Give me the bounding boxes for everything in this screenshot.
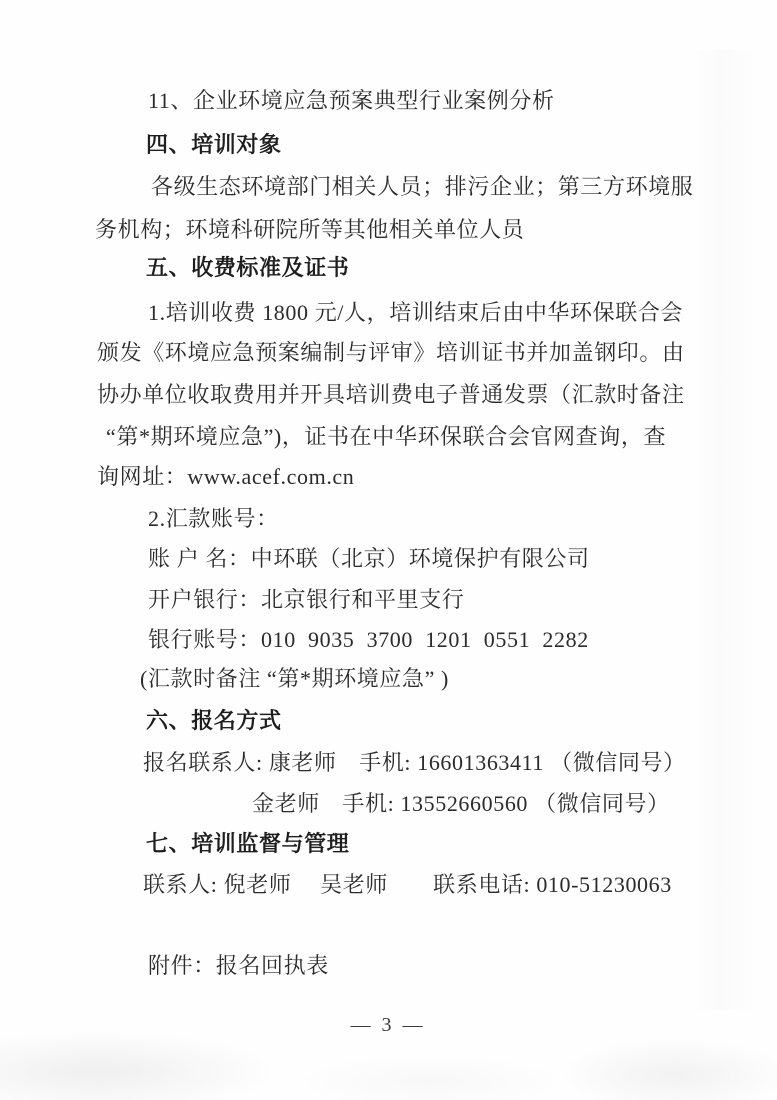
attachment-note: 附件：报名回执表 (148, 953, 329, 978)
contact-line-jin: 金老师 手机: 13552660560 （微信同号） (252, 791, 670, 816)
section-heading-7: 七、培训监督与管理 (146, 831, 349, 856)
section-heading-4: 四、培训对象 (146, 132, 282, 157)
bank-line: 开户银行：北京银行和平里支行 (148, 587, 464, 612)
document-page: 11、企业环境应急预案典型行业案例分析 四、培训对象 各级生态环境部门相关人员；… (0, 0, 777, 1100)
scan-artifact (560, 1038, 777, 1100)
supervision-contact-line: 联系人: 倪老师 吴老师 联系电话: 010-51230063 (143, 872, 672, 897)
list-item-11: 11、企业环境应急预案典型行业案例分析 (148, 88, 555, 113)
body-line: “第*期环境应急”)，证书在中华环保联合会官网查询，查 (106, 424, 666, 449)
section-heading-5: 五、收费标准及证书 (146, 255, 349, 280)
scan-artifact (0, 1030, 280, 1100)
contact-line-kang: 报名联系人: 康老师 手机: 16601363411 （微信同号） (143, 750, 686, 775)
remark-line: (汇款时备注 “第*期环境应急” ) (140, 666, 449, 691)
account-name-line: 账 户 名：中环联（北京）环境保护有限公司 (148, 546, 590, 571)
section-heading-6: 六、报名方式 (146, 708, 282, 733)
website-line: 询网址：www.acef.com.cn (97, 464, 354, 489)
page-number: — 3 — (351, 1014, 426, 1037)
body-line: 协办单位收取费用并开具培训费电子普通发票（汇款时备注 (97, 382, 685, 407)
body-line: 各级生态环境部门相关人员；排污企业；第三方环境服 (151, 174, 693, 199)
scan-artifact (690, 50, 760, 1010)
body-line: 务机构；环境科研院所等其他相关单位人员 (95, 217, 524, 242)
account-number-line: 银行账号：010 9035 3700 1201 0551 2282 (148, 627, 589, 652)
scan-artifact (300, 1055, 560, 1100)
body-line: 1.培训收费 1800 元/人，培训结束后由中华环保联合会 (148, 300, 683, 325)
remittance-heading-line: 2.汇款账号： (148, 506, 279, 531)
body-line: 颁发《环境应急预案编制与评审》培训证书并加盖钢印。由 (97, 340, 685, 365)
